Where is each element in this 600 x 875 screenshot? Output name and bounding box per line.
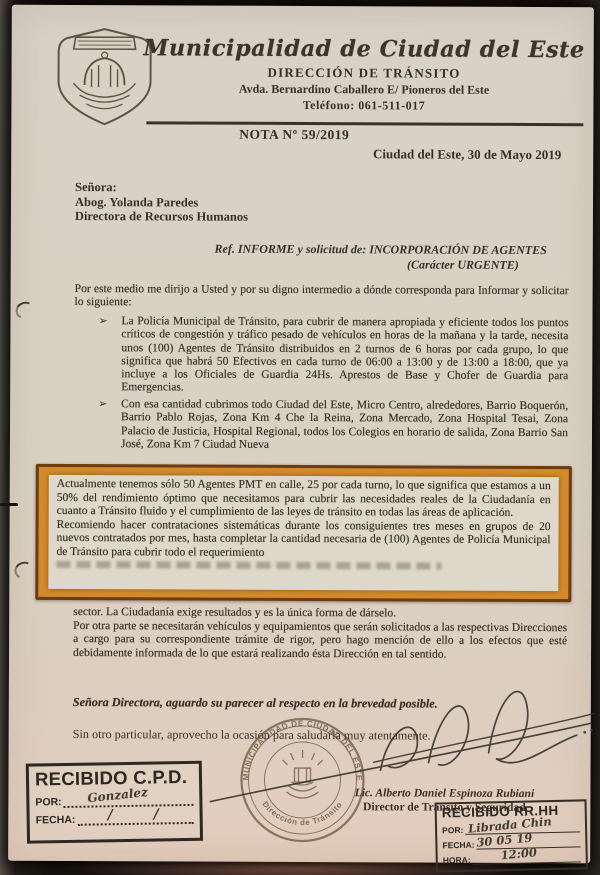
arrow-bullet-icon: ➢ [98,314,107,327]
address-line: Avda. Bernardino Caballero E/ Pioneros d… [141,81,586,98]
bullet-item-1: ➢ La Policía Municipal de Tránsito, para… [98,314,568,396]
recipient-salutation: Señora: [75,180,248,195]
arrow-bullet-icon: ➢ [98,397,107,410]
reference-block: Ref. INFORME y solicitud de: INCORPORACI… [127,241,547,272]
letterhead: Municipalidad de Ciudad del Este DIRECCI… [141,35,586,114]
highlighted-note-inner: Actualmente tenemos sólo 50 Agentes PMT … [48,475,558,591]
signer-name: Lic. Alberto Daniel Espinoza Rubiani [324,786,564,801]
note-number: NOTA Nº 59/2019 [239,127,349,143]
intro-paragraph: Por este medio me dirijo a Usted y por s… [75,282,569,311]
cpd-por-label: POR: [35,796,61,808]
cpd-fecha-slash: / [107,807,112,823]
punch-hole-mark [12,559,35,581]
recipient-block: Señora: Abog. Yolanda Paredes Directora … [75,180,248,224]
reference-line2: (Carácter URGENTE) [127,256,547,272]
recipient-name: Abog. Yolanda Paredes [75,195,248,210]
department-name: DIRECCIÓN DE TRÁNSITO [142,64,587,82]
phone-line: Teléfono: 061-511-017 [141,97,586,114]
received-cpd-stamp: RECIBIDO C.P.D. POR: Gonzalez FECHA: / / [26,761,203,844]
highlighted-note: Actualmente tenemos sólo 50 Agentes PMT … [35,464,572,602]
rrhh-fecha-label: FECHA: [442,840,474,851]
municipal-seal-stamp: MUNICIPALIDAD DE CIUDAD DEL ESTE Direcci… [236,714,369,847]
cpd-fecha-line [77,812,194,826]
closing-request: Señora Directora, aguardo su parecer al … [73,695,438,712]
rrhh-hora-line [473,861,581,864]
svg-text:MUNICIPALIDAD DE CIUDAD DEL ES: MUNICIPALIDAD DE CIUDAD DEL ESTE [241,719,363,781]
letterhead-divider [146,121,583,125]
rrhh-por-label: POR: [442,825,463,835]
bullet-text: Con esa cantidad cubrimos todo Ciudad de… [121,397,568,452]
bullet-item-2: ➢ Con esa cantidad cubrimos todo Ciudad … [98,397,568,452]
photo-edge-mark [0,503,18,506]
cpd-fecha-row: FECHA: / / [36,812,194,827]
letter-page: Municipalidad de Ciudad del Este DIRECCI… [8,5,594,864]
highlight-paragraph-2: Recomiendo hacer contrataciones sistemát… [56,518,550,561]
highlight-paragraph-1: Actualmente tenemos sólo 50 Agentes PMT … [57,477,551,520]
cpd-por-row: POR: Gonzalez [35,794,193,809]
received-rrhh-stamp: RECIBIDO RR.HH POR: Librada Chin FECHA: … [435,799,588,872]
rrhh-hora-row: HORA: 12:00 [443,849,581,865]
cpd-fecha-slash: / [153,806,158,822]
recipient-title: Directora de Recursos Humanos [75,209,248,224]
cpd-stamp-title: RECIBIDO C.P.D. [35,766,193,791]
continuation-paragraph: Por otra parte se necesitarán vehículos … [73,619,567,661]
date-line: Ciudad del Este, 30 de Mayo 2019 [373,146,561,163]
municipality-name: Municipalidad de Ciudad del Este [142,35,587,63]
rrhh-hora-label: HORA: [443,855,471,866]
rrhh-hora-handwriting: 12:00 [500,845,537,862]
scanned-letter-photo: Municipalidad de Ciudad del Este DIRECCI… [0,0,600,875]
cpd-fecha-label: FECHA: [36,814,76,827]
punch-hole-mark [13,299,36,321]
bullet-text: La Policía Municipal de Tránsito, para c… [121,314,568,396]
obscured-text-line [56,560,441,569]
continuation-line: sector. La Ciudadanía exige resultados y… [73,605,567,621]
seal-top-text: MUNICIPALIDAD DE CIUDAD DEL ESTE [241,719,363,781]
